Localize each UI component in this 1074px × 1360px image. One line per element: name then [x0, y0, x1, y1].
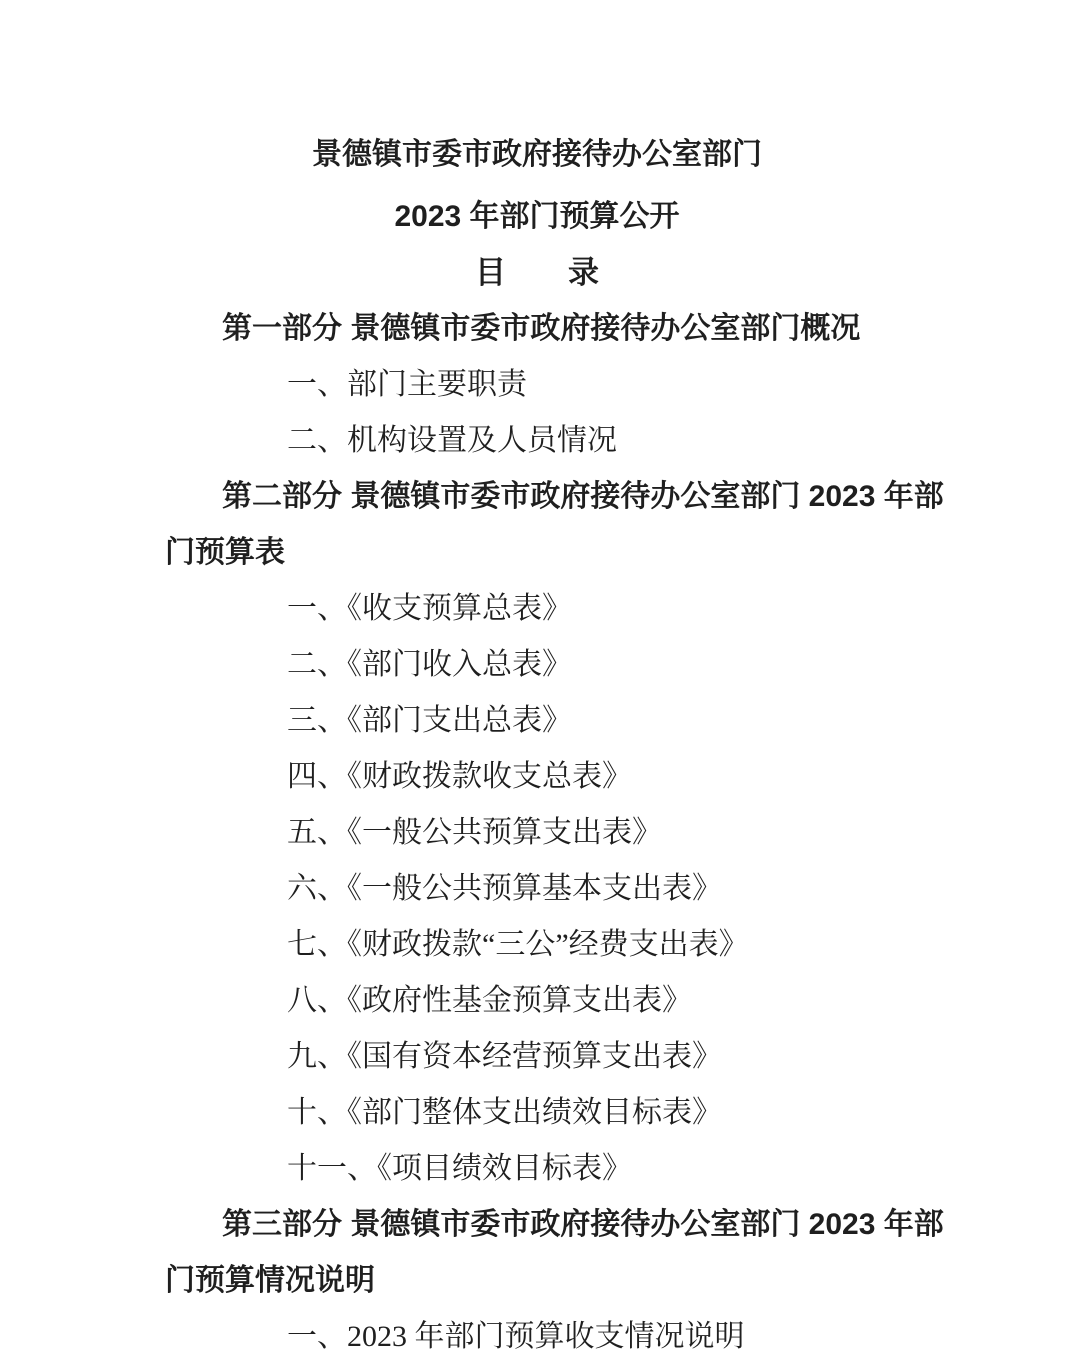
toc-item-part2-7: 七、《财政拨款“三公”经费支出表》 [165, 917, 909, 973]
toc-item-part2-8: 八、《政府性基金预算支出表》 [165, 973, 909, 1029]
document-page: 景德镇市委市政府接待办公室部门 2023 年部门预算公开 目 录 第一部分 景德… [0, 0, 1074, 1360]
toc-item-part2-2: 二、《部门收入总表》 [165, 637, 909, 693]
toc-item-part1-1: 一、部门主要职责 [165, 357, 909, 413]
toc-item-part3-1: 一、2023 年部门预算收支情况说明 [165, 1309, 909, 1360]
document-title-line2: 2023 年部门预算公开 [165, 189, 909, 245]
toc-item-part1-2: 二、机构设置及人员情况 [165, 413, 909, 469]
toc-item-part2-5: 五、《一般公共预算支出表》 [165, 805, 909, 861]
toc-heading: 目 录 [165, 245, 909, 301]
toc-item-part2-9: 九、《国有资本经营预算支出表》 [165, 1029, 909, 1085]
toc-item-part2-10: 十、《部门整体支出绩效目标表》 [165, 1085, 909, 1141]
toc-item-part2-11: 十一、《项目绩效目标表》 [165, 1141, 909, 1197]
toc-item-part2-3: 三、《部门支出总表》 [165, 693, 909, 749]
document-title-line1: 景德镇市委市政府接待办公室部门 [165, 127, 909, 183]
part2-title: 第二部分 景德镇市委市政府接待办公室部门 2023 年部门预算表 [165, 469, 949, 581]
part1-title: 第一部分 景德镇市委市政府接待办公室部门概况 [165, 301, 949, 357]
toc-item-part2-4: 四、《财政拨款收支总表》 [165, 749, 909, 805]
part3-title: 第三部分 景德镇市委市政府接待办公室部门 2023 年部门预算情况说明 [165, 1197, 949, 1309]
toc-item-part2-6: 六、《一般公共预算基本支出表》 [165, 861, 909, 917]
toc-item-part2-1: 一、《收支预算总表》 [165, 581, 909, 637]
